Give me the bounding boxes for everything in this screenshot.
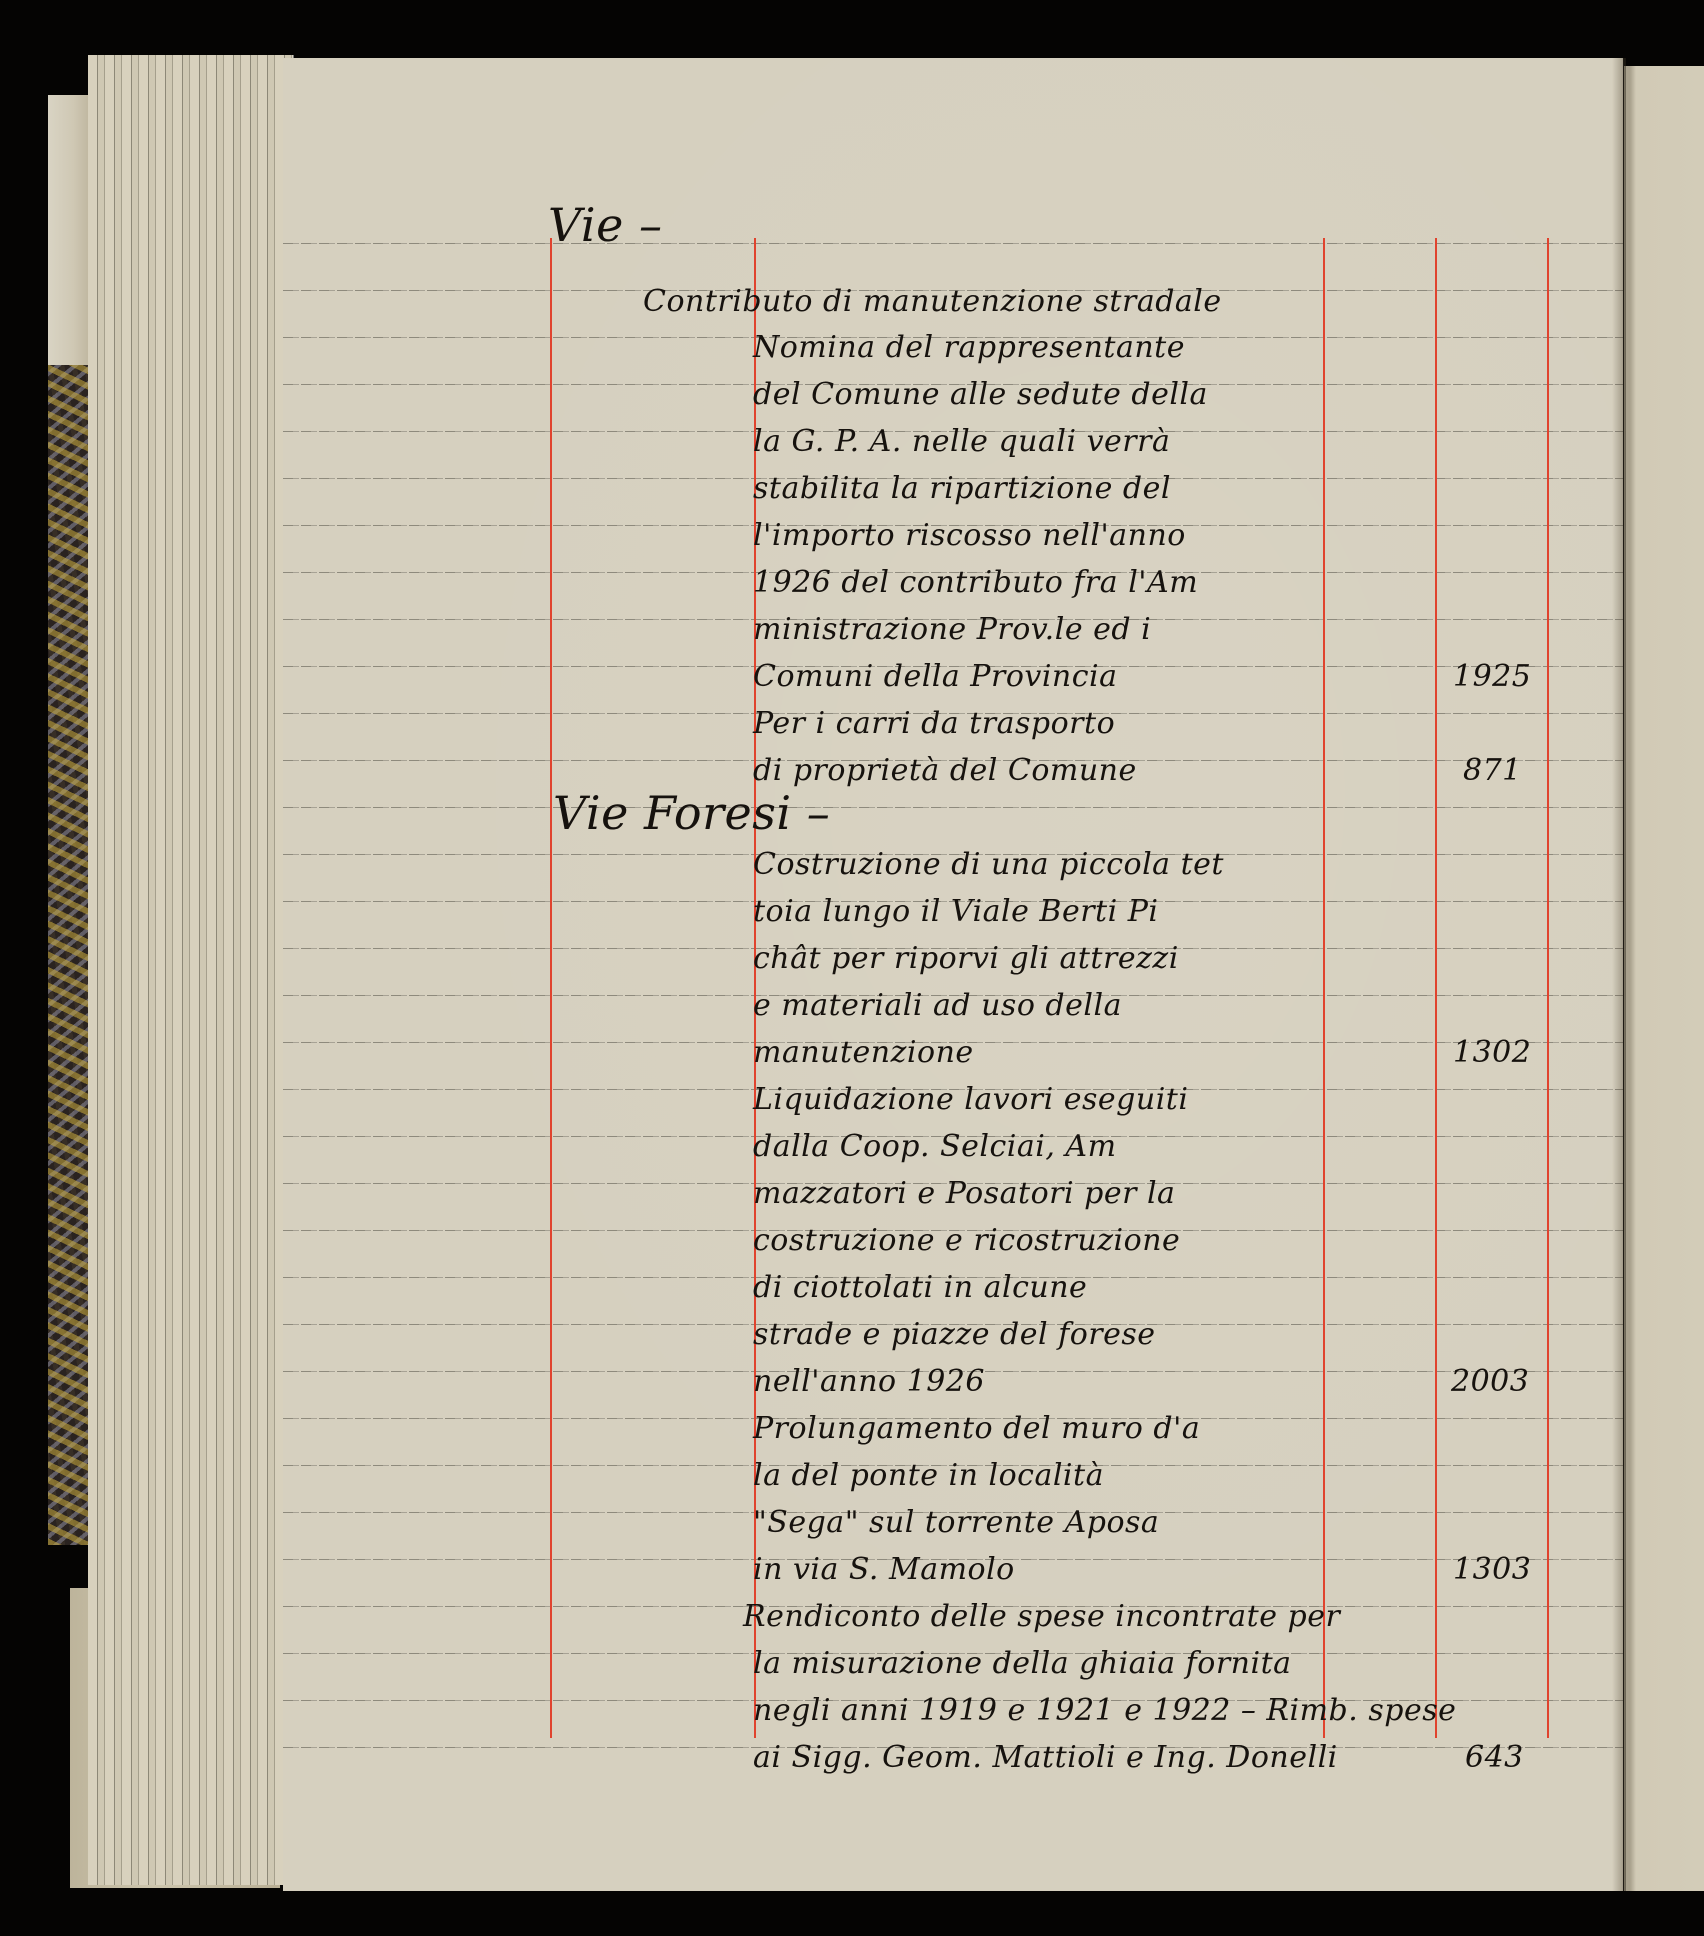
red-amount-rule-left bbox=[1435, 238, 1437, 1738]
entry-line: di proprietà del Comune bbox=[753, 753, 1137, 788]
entry-line: manutenzione bbox=[753, 1035, 974, 1070]
entry-line: Liquidazione lavori eseguiti bbox=[753, 1082, 1188, 1117]
entry-line: del Comune alle sedute della bbox=[753, 377, 1208, 412]
ledger-page: Vie – Contributo di manutenzione stradal… bbox=[283, 58, 1623, 1891]
entry-line: la G. P. A. nelle quali verrà bbox=[753, 424, 1170, 459]
ruled-line bbox=[283, 807, 1623, 808]
entry-line: 1926 del contributo fra l'Am bbox=[753, 565, 1198, 600]
entry-line: nell'anno 1926 bbox=[753, 1364, 985, 1399]
entry-line: chât per riporvi gli attrezzi bbox=[753, 941, 1179, 976]
entry-line: Per i carri da trasporto bbox=[753, 706, 1115, 741]
entry-amount: 1302 bbox=[1453, 1035, 1531, 1070]
entry-amount: 1303 bbox=[1453, 1552, 1531, 1587]
facing-page-edge bbox=[1624, 66, 1704, 1891]
entry-line: "Sega" sul torrente Aposa bbox=[753, 1505, 1159, 1540]
red-margin-rule-1 bbox=[550, 238, 552, 1738]
entry-line: stabilita la ripartizione del bbox=[753, 471, 1171, 506]
red-margin-rule-3 bbox=[1323, 238, 1325, 1738]
entry-line: strade e piazze del forese bbox=[753, 1317, 1156, 1352]
entry-line: la misurazione della ghiaia fornita bbox=[753, 1646, 1292, 1681]
entry-amount: 2003 bbox=[1451, 1364, 1529, 1399]
entry-line: Rendiconto delle spese incontrate per bbox=[743, 1599, 1340, 1634]
section-heading: Vie Foresi – bbox=[553, 786, 830, 840]
entry-line: Nomina del rappresentante bbox=[753, 330, 1185, 365]
entry-line: la del ponte in località bbox=[753, 1458, 1104, 1493]
entry-amount: 1925 bbox=[1453, 659, 1531, 694]
entry-line: negli anni 1919 e 1921 e 1922 – Rimb. sp… bbox=[753, 1693, 1456, 1728]
entry-line: dalla Coop. Selciai, Am bbox=[753, 1129, 1117, 1164]
red-amount-rule-right bbox=[1547, 238, 1549, 1738]
ruled-line bbox=[283, 243, 1623, 244]
page-stack-edges bbox=[88, 55, 294, 1885]
entry-amount: 643 bbox=[1465, 1740, 1524, 1775]
entry-line: costruzione e ricostruzione bbox=[753, 1223, 1180, 1258]
entry-line: di ciottolati in alcune bbox=[753, 1270, 1087, 1305]
gutter-shadow bbox=[1612, 58, 1626, 1891]
entry-line: ministrazione Prov.le ed i bbox=[753, 612, 1151, 647]
book-cover-endpaper-top bbox=[48, 95, 90, 365]
entry-amount: 871 bbox=[1463, 753, 1522, 788]
entry-line: Costruzione di una piccola tet bbox=[753, 847, 1224, 882]
entry-line: Prolungamento del muro d'a bbox=[753, 1411, 1200, 1446]
entry-line: e materiali ad uso della bbox=[753, 988, 1122, 1023]
entry-line: in via S. Mamolo bbox=[753, 1552, 1015, 1587]
section-heading: Vie – bbox=[548, 198, 662, 252]
entry-line: ai Sigg. Geom. Mattioli e Ing. Donelli bbox=[753, 1740, 1338, 1775]
entry-line: toia lungo il Viale Berti Pi bbox=[753, 894, 1159, 929]
book-cover-marbled-board bbox=[48, 365, 93, 1545]
entry-line: Comuni della Provincia bbox=[753, 659, 1118, 694]
entry-line: mazzatori e Posatori per la bbox=[753, 1176, 1175, 1211]
entry-line: l'importo riscosso nell'anno bbox=[753, 518, 1186, 553]
entry-line: Contributo di manutenzione stradale bbox=[643, 284, 1222, 319]
